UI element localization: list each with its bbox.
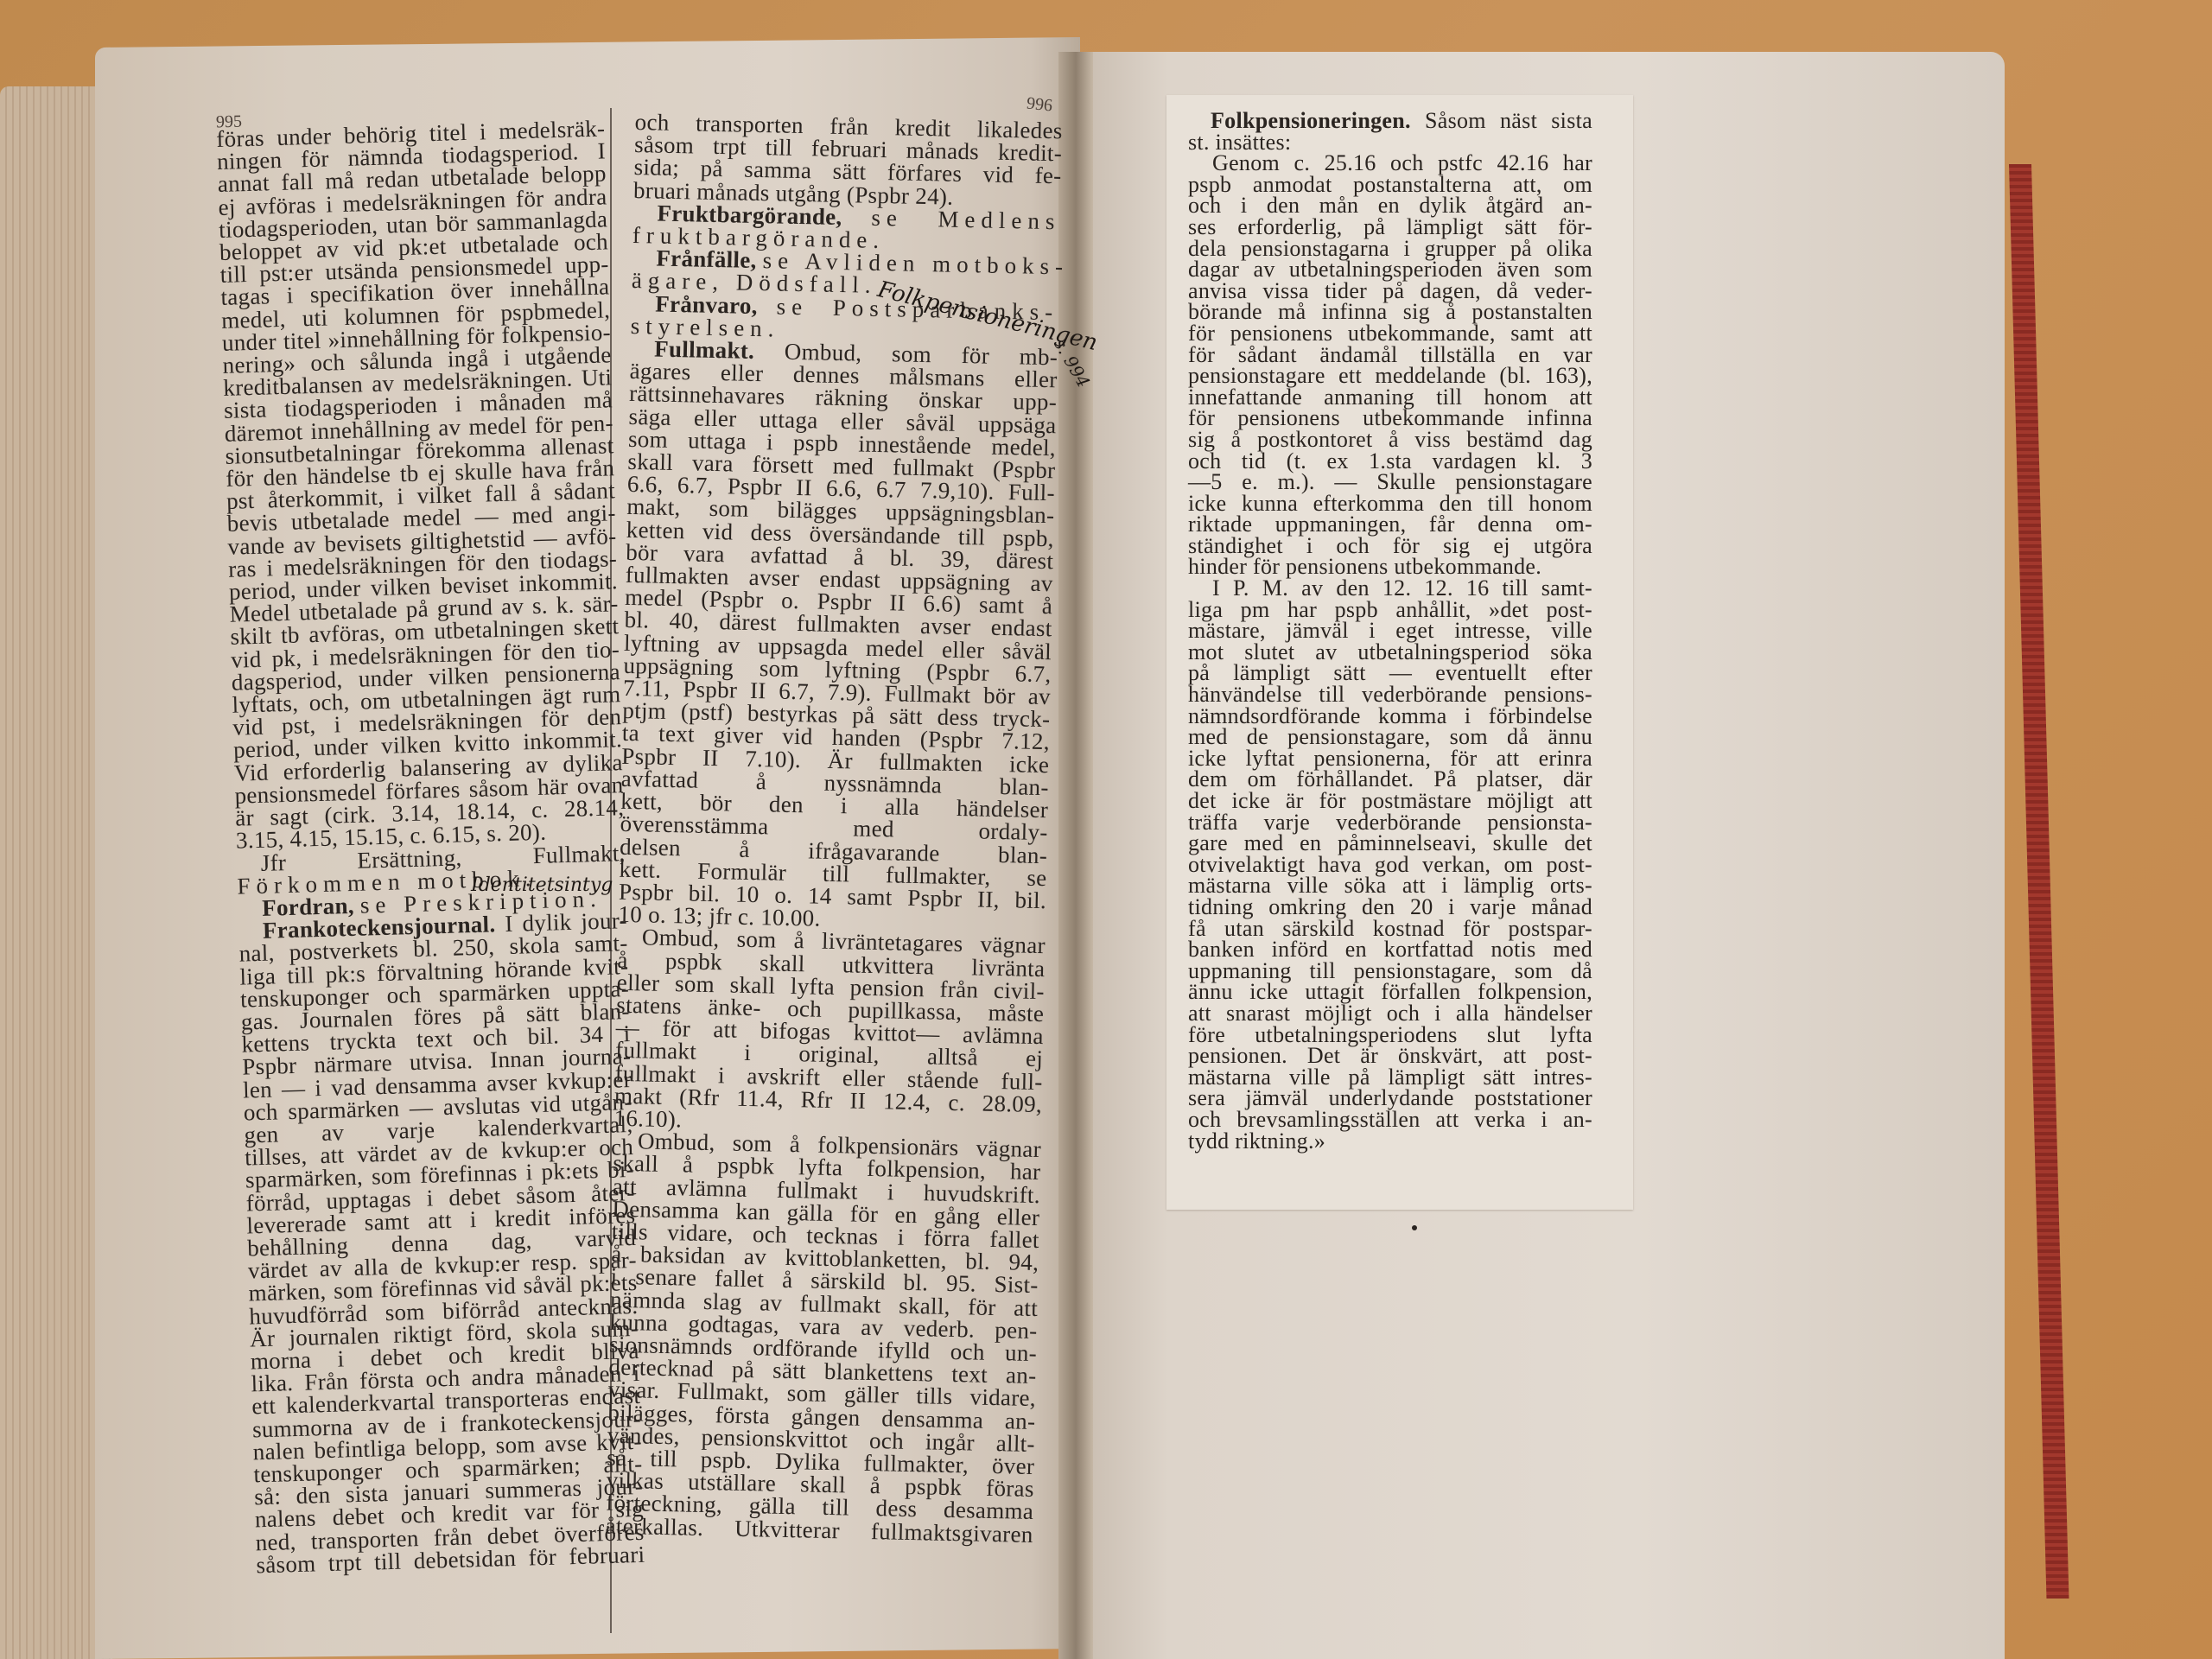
ink-dot [1412, 1225, 1417, 1230]
book-gutter [1058, 52, 1093, 1659]
handwritten-note-identitetsintyg: Identitetsintyg [471, 874, 613, 896]
slip-text-column: Folkpensioneringen. Såsom näst sista st.… [1188, 111, 1592, 1152]
left-text-column: föras under behörig titel i medelsräk-ni… [216, 117, 645, 1576]
slip-text-line: det icke är för postmästare möjligt att [1188, 791, 1592, 812]
slip-text-line: hänvändelse till vederbörande pensions- [1188, 684, 1592, 706]
page-number-right: 996 [1026, 93, 1053, 116]
entry-text: se Medlens [871, 205, 1061, 235]
middle-intro-lines: och transporten från kredit likaledessås… [633, 111, 1063, 210]
left-paragraph-lines: föras under behörig titel i medelsräk-ni… [216, 117, 625, 852]
slip-text-line: ses erforderlig, på lämpligt sätt för- [1188, 217, 1592, 238]
slip-text-line: tydd riktning.» [1188, 1131, 1592, 1153]
slip-paragraph-1: Genom c. 25.16 och pstfc 42.16 harpspb a… [1188, 153, 1592, 578]
slip-text-line: —5 e. m.). — Skulle pensionstagare [1188, 472, 1592, 493]
slip-heading: Folkpensioneringen. Såsom näst sista [1188, 111, 1592, 132]
slip-text-line: och brevsamlingsställen att verka i an- [1188, 1109, 1592, 1131]
slip-text-line: tidning omkring den 20 i varje månad [1188, 897, 1592, 918]
slip-text-line: I P. M. av den 12. 12. 16 till samt- [1188, 578, 1592, 600]
ombud-folkpension-lines: Ombud, som å folkpensionärs vägnarskall … [605, 1129, 1041, 1546]
slip-text-line: sig å postkontoret å viss bestämd dag [1188, 429, 1592, 451]
slip-text-line: att snarast möjligt och i alla händelser [1188, 1003, 1592, 1025]
slip-text-line: för pensionens utbekommande, samt att [1188, 323, 1592, 345]
slip-paragraph-2: I P. M. av den 12. 12. 16 till samt-liga… [1188, 578, 1592, 1152]
franko-paragraph-lines: nal, postverkets bl. 250, skola samt-lig… [238, 931, 645, 1576]
fullmakt-lines: ägares eller dennes målsmans ellerrättsi… [618, 359, 1058, 934]
slip-heading-rest: Såsom näst sista [1425, 108, 1592, 133]
ombud-livranta-lines: Ombud, som å livräntetagares vägnarå psp… [613, 925, 1046, 1138]
